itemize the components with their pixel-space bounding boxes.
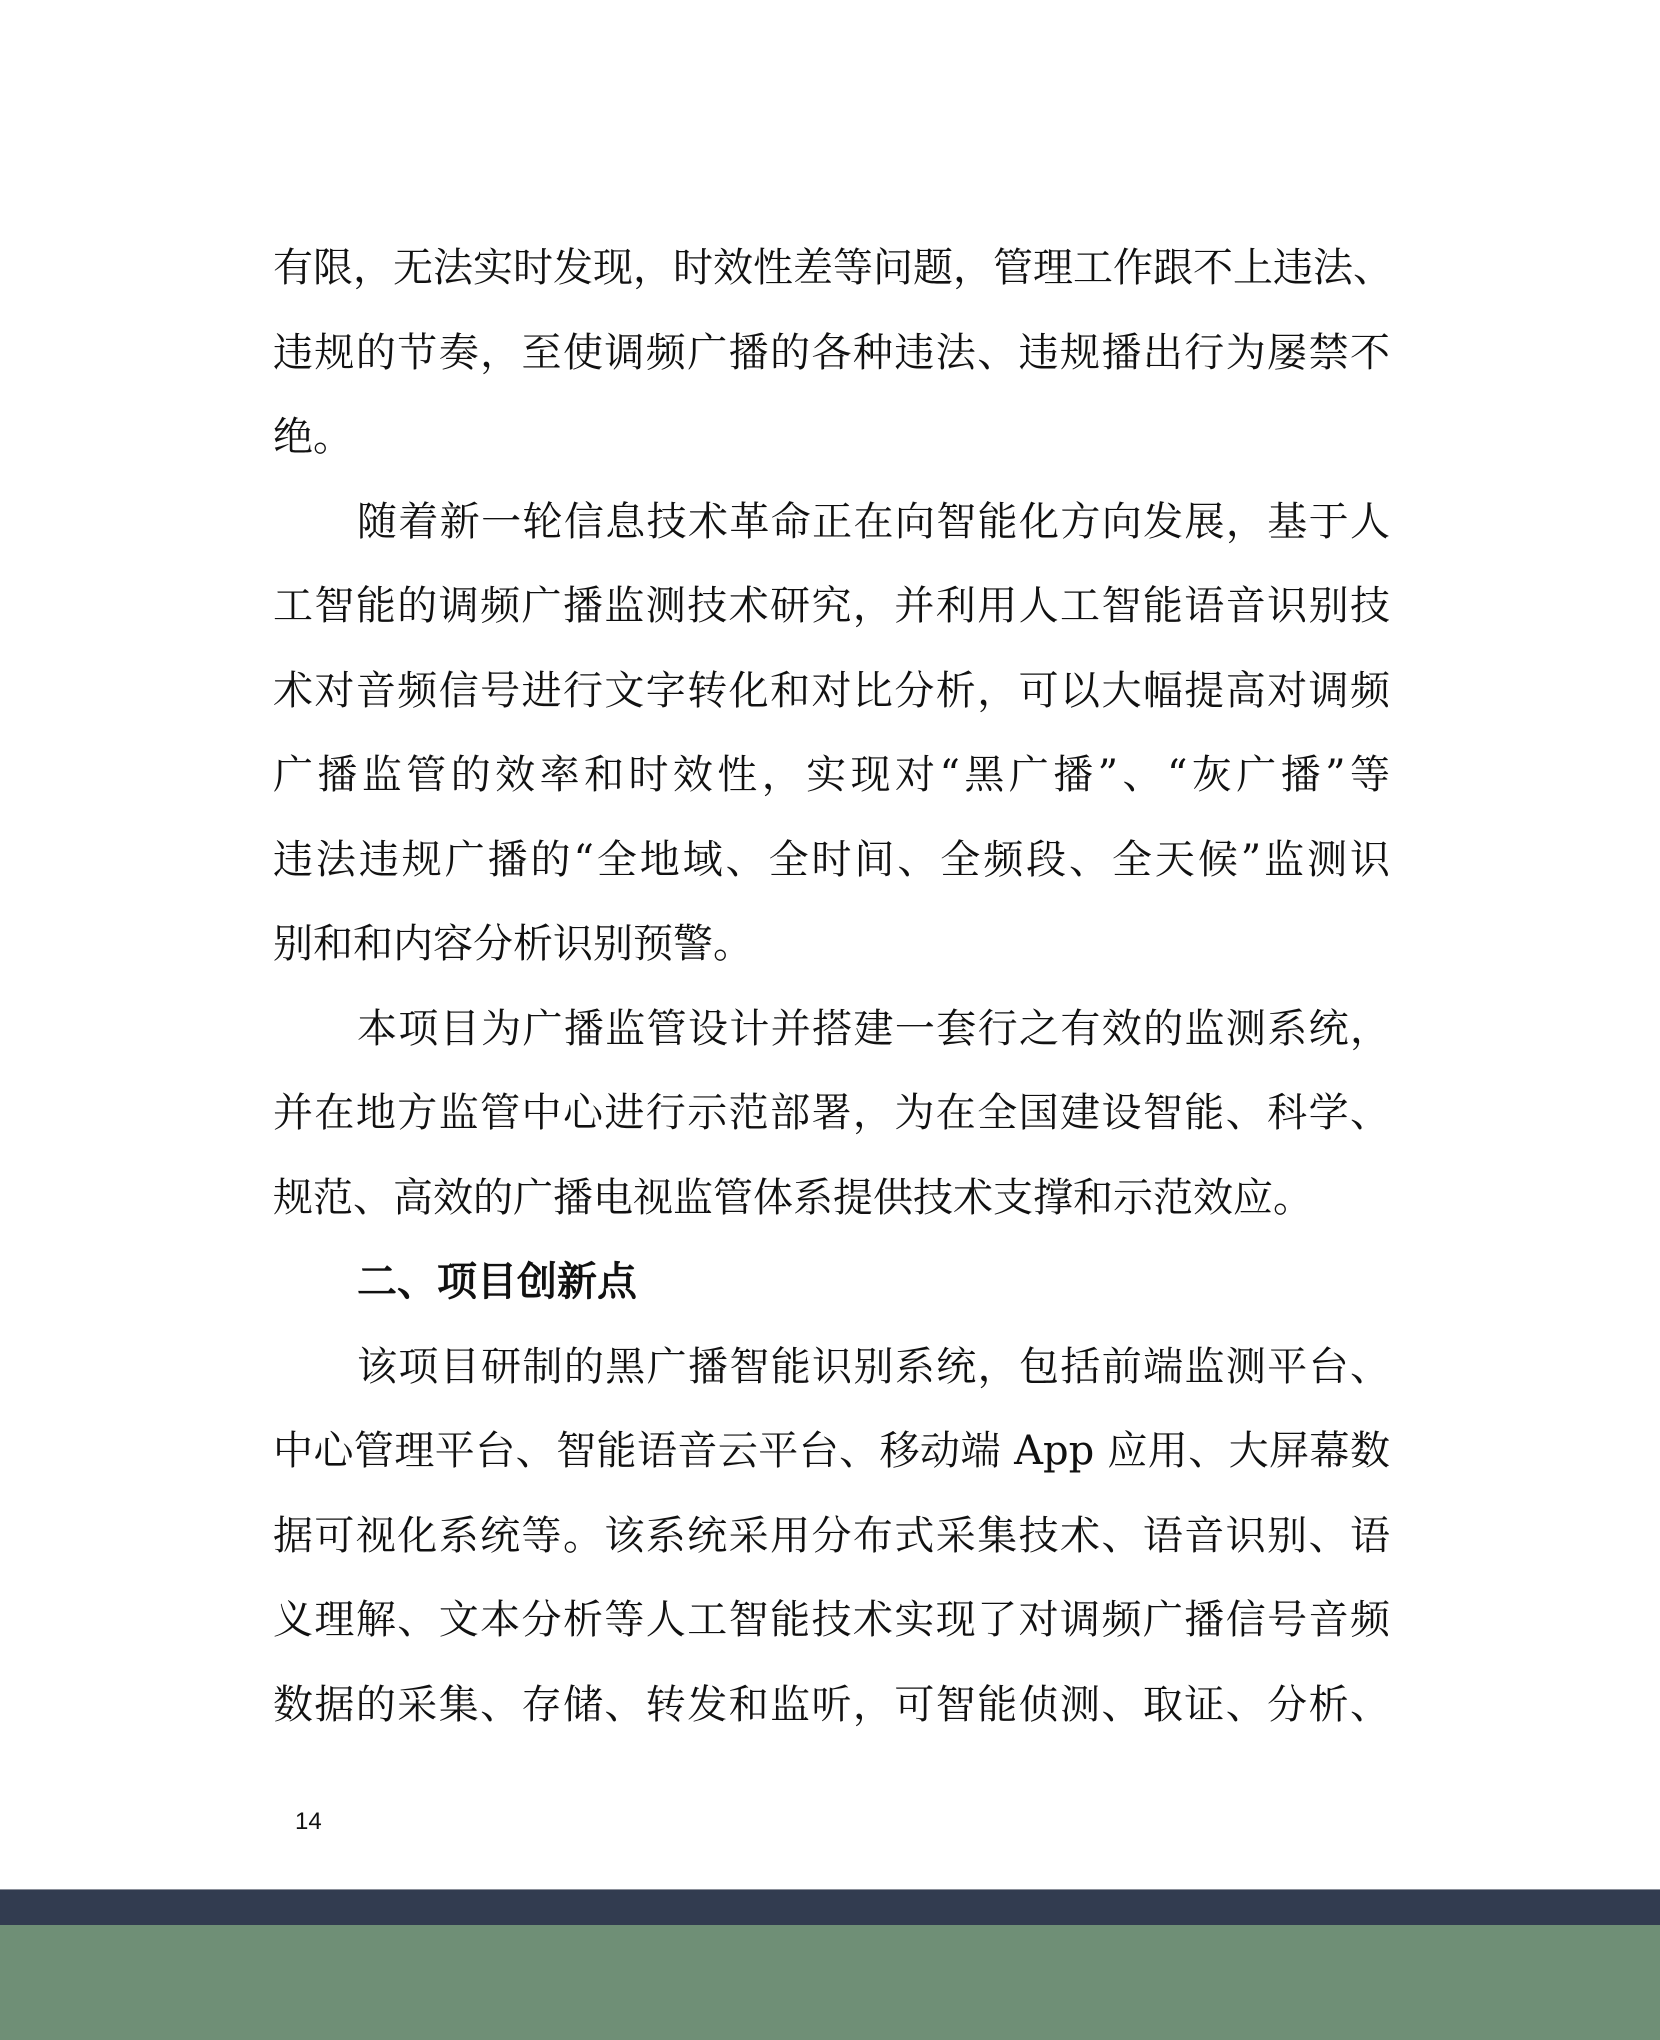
text-line: 工智能的调频广播监测技术研究，并利用人工智能语音识别技 [273,564,1390,649]
text-line: 并在地方监管中心进行示范部署，为在全国建设智能、科学、 [273,1071,1390,1156]
document-page: 有限，无法实时发现，时效性差等问题，管理工作跟不上违法、 违规的节奏，至使调频广… [0,0,1660,1889]
text-line: 别和和内容分析识别预警。 [273,902,1390,987]
text-line: 绝。 [273,395,1390,480]
text-line: 数据的采集、存储、转发和监听，可智能侦测、取证、分析、 [273,1663,1390,1748]
text-line: 义理解、文本分析等人工智能技术实现了对调频广播信号音频 [273,1578,1390,1663]
text-line: 规范、高效的广播电视监管体系提供技术支撑和示范效应。 [273,1156,1390,1241]
text-line: 广播监管的效率和时效性，实现对“黑广播”、“灰广播”等 [273,733,1390,818]
body-text: 有限，无法实时发现，时效性差等问题，管理工作跟不上违法、 违规的节奏，至使调频广… [273,226,1390,1747]
text-line: 违规的节奏，至使调频广播的各种违法、违规播出行为屡禁不 [273,311,1390,396]
text-line: 违法违规广播的“全地域、全时间、全频段、全天候”监测识 [273,818,1390,903]
footer-band-dark [0,1889,1660,1925]
text-line: 该项目研制的黑广播智能识别系统，包括前端监测平台、 [273,1325,1390,1410]
page-number: 14 [295,1808,322,1836]
text-line: 据可视化系统等。该系统采用分布式采集技术、语音识别、语 [273,1494,1390,1579]
section-heading: 二、项目创新点 [273,1240,1390,1325]
text-line: 本项目为广播监管设计并搭建一套行之有效的监测系统， [273,987,1390,1072]
footer-band-green [0,1925,1660,2040]
text-line: 有限，无法实时发现，时效性差等问题，管理工作跟不上违法、 [273,226,1390,311]
text-line: 中心管理平台、智能语音云平台、移动端 App 应用、大屏幕数 [273,1409,1390,1494]
text-line: 术对音频信号进行文字转化和对比分析，可以大幅提高对调频 [273,649,1390,734]
text-line: 随着新一轮信息技术革命正在向智能化方向发展，基于人 [273,480,1390,565]
